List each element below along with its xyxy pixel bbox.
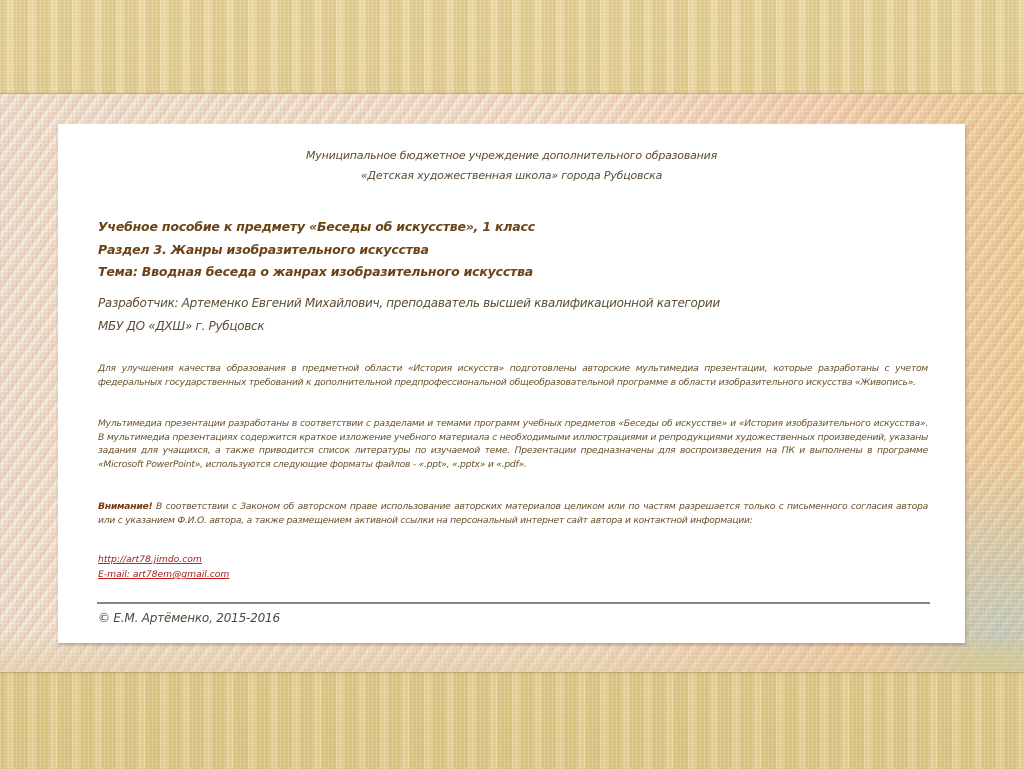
warning-label: Внимание! bbox=[98, 501, 152, 512]
section-title: Раздел 3. Жанры изобразительного искусст… bbox=[98, 242, 429, 257]
institution-line-2: «Детская художественная школа» города Ру… bbox=[58, 169, 965, 182]
title-slide-sheet: Муниципальное бюджетное учреждение допол… bbox=[58, 124, 965, 643]
website-link[interactable]: http://art78.jimdo.com bbox=[98, 552, 229, 567]
warning-text: В соответствии с Законом об авторском пр… bbox=[98, 501, 928, 526]
intro-paragraph: Для улучшения качества образования в пре… bbox=[98, 362, 928, 389]
contact-links: http://art78.jimdo.com E-mail: art78em@g… bbox=[98, 552, 229, 582]
copyright-footer: © Е.М. Артёменко, 2015-2016 bbox=[98, 611, 280, 625]
email-link[interactable]: E-mail: art78em@gmail.com bbox=[98, 567, 229, 582]
description-paragraph: Мультимедиа презентации разработаны в со… bbox=[98, 417, 928, 471]
developer-line: Разработчик: Артеменко Евгений Михайлови… bbox=[98, 296, 720, 310]
copyright-warning-paragraph: Внимание! В соответствии с Законом об ав… bbox=[98, 500, 928, 527]
organization-line: МБУ ДО «ДХШ» г. Рубцовск bbox=[98, 319, 264, 333]
institution-line-1: Муниципальное бюджетное учреждение допол… bbox=[58, 149, 965, 162]
footer-divider bbox=[97, 602, 930, 604]
subject-title: Учебное пособие к предмету «Беседы об ис… bbox=[98, 219, 535, 234]
topic-title: Тема: Вводная беседа о жанрах изобразите… bbox=[98, 264, 533, 279]
